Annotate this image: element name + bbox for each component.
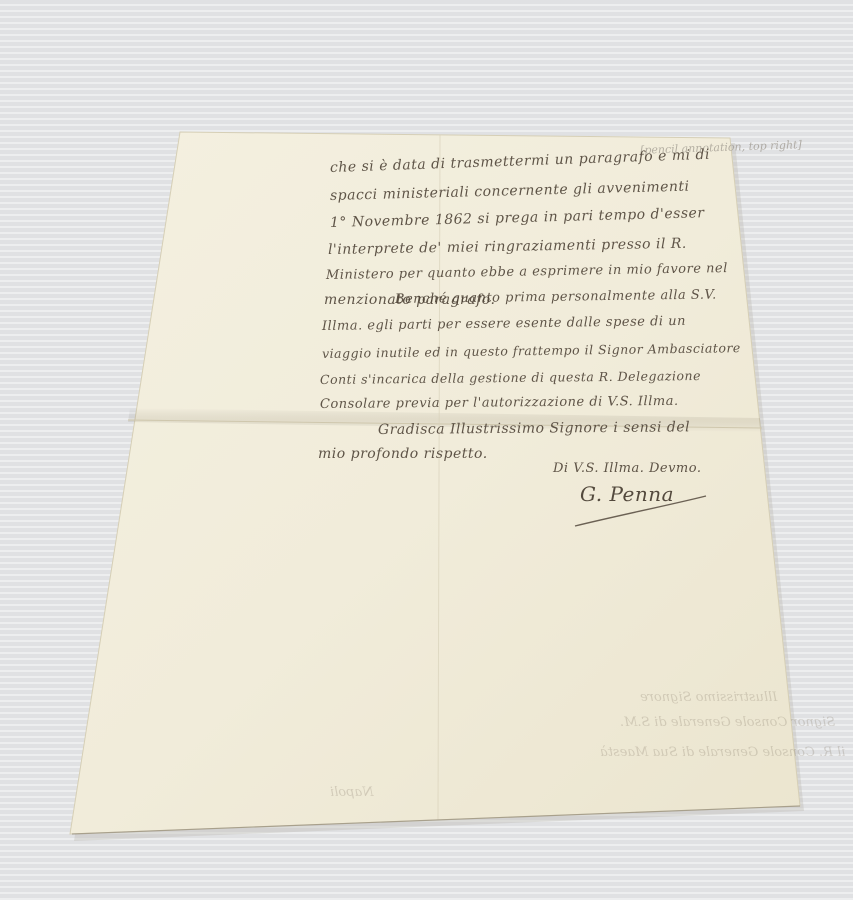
letter-line-11: Consolare previa per l'autorizzazione di… bbox=[320, 394, 679, 412]
letter-line-13: mio profondo rispetto. bbox=[318, 446, 488, 462]
bleed-through-line-3: il R. Console Generale di Sua Maestà bbox=[600, 745, 845, 760]
letter-closing: Di V.S. Illma. Devmo. bbox=[553, 461, 701, 476]
letter-line-12: Gradisca Illustrissimo Signore i sensi d… bbox=[378, 419, 690, 438]
bleed-through-line-4: Napoli bbox=[330, 785, 374, 800]
bleed-through-line-1: Illustrissimo Signore bbox=[640, 690, 777, 705]
letter-signature: G. Penna bbox=[580, 482, 674, 506]
letter-paper: [pencil annotation, top right] che si è … bbox=[0, 0, 853, 900]
bleed-through-line-2: Signor Console Generale di S.M. bbox=[620, 715, 835, 730]
